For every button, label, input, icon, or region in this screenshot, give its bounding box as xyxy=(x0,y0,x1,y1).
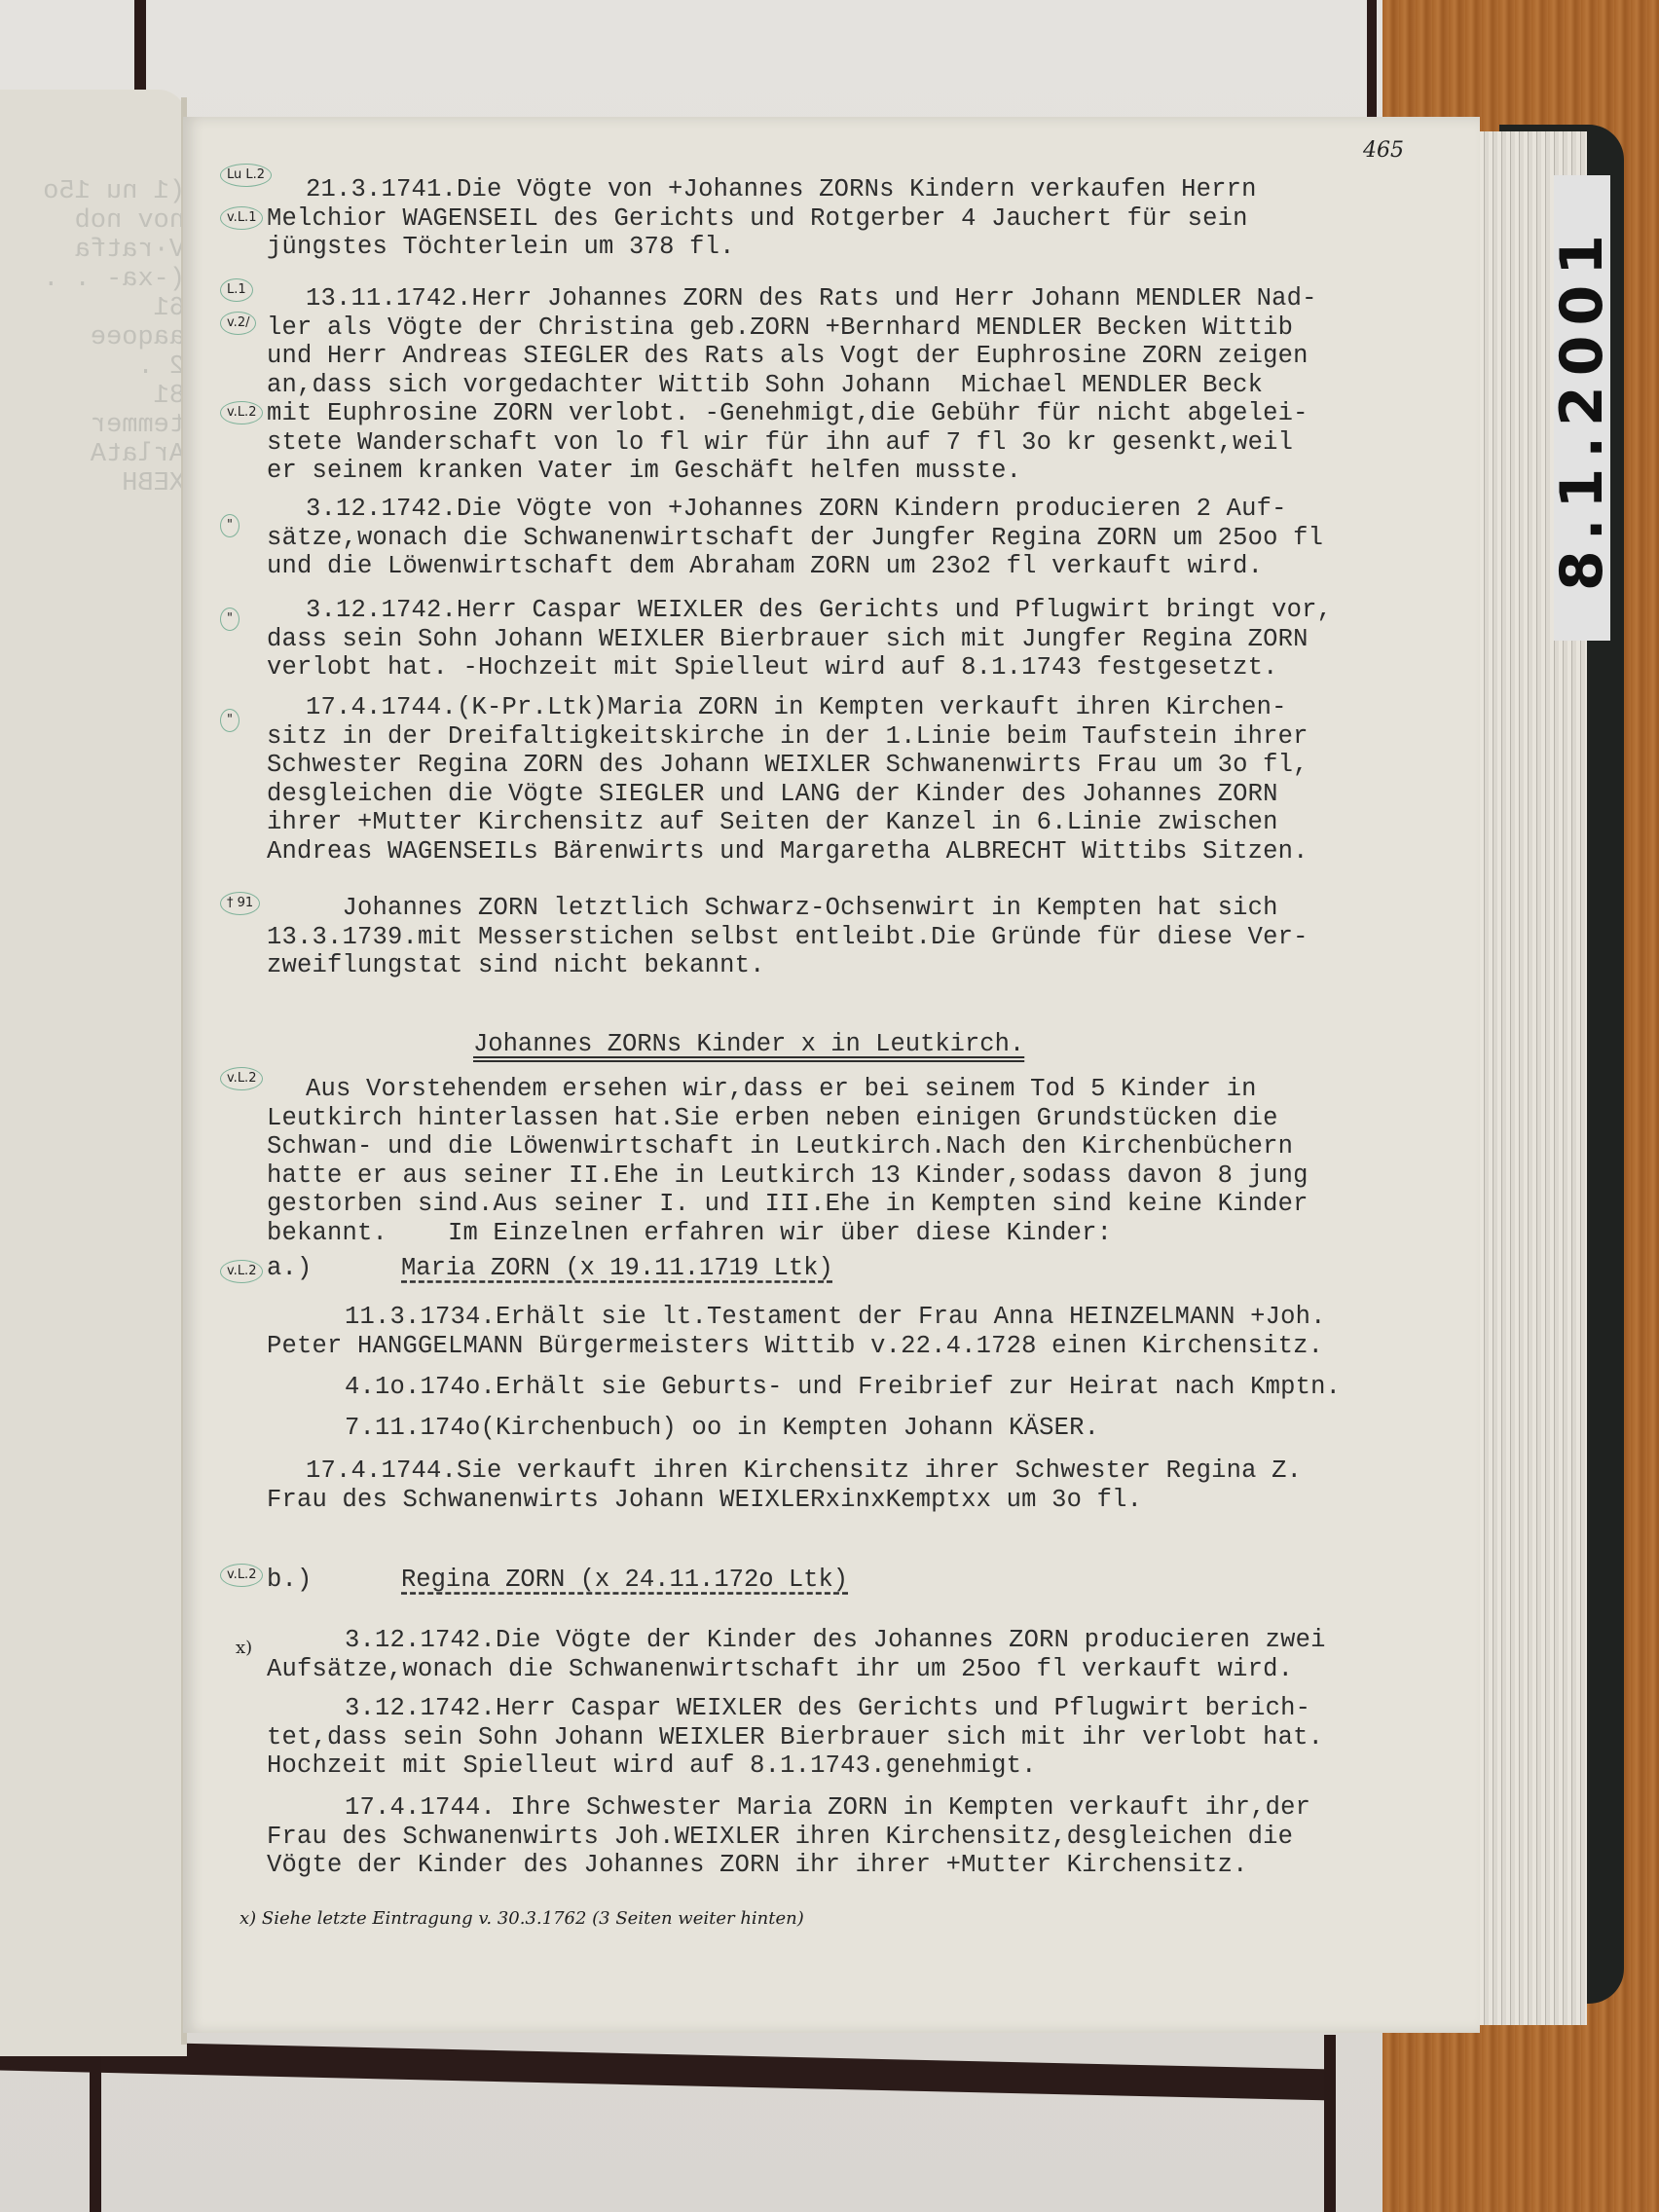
entry-paragraph: 17.4.1744.(K-Pr.Ltk)Maria ZORN in Kempte… xyxy=(267,693,1484,866)
text-line: mit Euphrosine ZORN verlobt. -Genehmigt,… xyxy=(267,399,1484,428)
text-line: Schwester Regina ZORN des Johann WEIXLER… xyxy=(267,751,1484,780)
left-page: (1 nu 15o nov nob V·ratfa (-xa- . . 61 a… xyxy=(0,90,187,2056)
child-a-entry: 4.1o.174o.Erhält sie Geburts- und Freibr… xyxy=(267,1373,1484,1402)
section-heading: Johannes ZORNs Kinder x in Leutkirch. xyxy=(473,1030,1024,1058)
text-line: sätze,wonach die Schwanenwirtschaft der … xyxy=(267,524,1484,553)
handwritten-footnote: x) Siehe letzte Eintragung v. 30.3.1762 … xyxy=(240,1908,804,1929)
child-b-entry: 3.12.1742.Herr Caspar WEIXLER des Gerich… xyxy=(267,1694,1484,1781)
text-line: er seinem kranken Vater im Geschäft helf… xyxy=(267,457,1484,486)
entry-paragraph: 3.12.1742.Die Vögte von +Johannes ZORN K… xyxy=(267,495,1484,581)
text-line: 17.4.1744. Ihre Schwester Maria ZORN in … xyxy=(267,1793,1484,1823)
text-line: 13.11.1742.Herr Johannes ZORN des Rats u… xyxy=(267,284,1484,313)
text-line: Melchior WAGENSEIL des Gerichts und Rotg… xyxy=(267,204,1484,234)
text-line: desgleichen die Vögte SIEGLER und LANG d… xyxy=(267,780,1484,809)
text-line: ihrer +Mutter Kirchensitz auf Seiten der… xyxy=(267,808,1484,837)
text-line: und Herr Andreas SIEGLER des Rats als Vo… xyxy=(267,342,1484,371)
child-b-name: Regina ZORN (x 24.11.172o Ltk) xyxy=(401,1566,848,1594)
text-line: tet,dass sein Sohn Johann WEIXLER Bierbr… xyxy=(267,1723,1484,1752)
margin-note: Lu L.2 xyxy=(220,164,272,187)
date-label-text: 8.1.2001 xyxy=(1548,225,1616,591)
text-line: Frau des Schwanenwirts Joh.WEIXLER ihren… xyxy=(267,1823,1484,1852)
child-b-entry: 17.4.1744. Ihre Schwester Maria ZORN in … xyxy=(267,1793,1484,1880)
tile-grout xyxy=(90,2045,101,2212)
text-line: Vögte der Kinder des Johannes ZORN ihr i… xyxy=(267,1851,1484,1880)
footnote-marker: x) xyxy=(236,1638,252,1658)
text-line: Aufsätze,wonach die Schwanenwirtschaft i… xyxy=(267,1655,1484,1684)
entry-paragraph: 3.12.1742.Herr Caspar WEIXLER des Gerich… xyxy=(267,596,1484,682)
text-line: sitz in der Dreifaltigkeitskirche in der… xyxy=(267,722,1484,752)
margin-note: † 91 xyxy=(220,892,260,915)
text-line: stete Wanderschaft von lo fl wir für ihn… xyxy=(267,428,1484,458)
text-line: 3.12.1742.Herr Caspar WEIXLER des Gerich… xyxy=(267,596,1484,625)
text-line: 4.1o.174o.Erhält sie Geburts- und Freibr… xyxy=(267,1373,1484,1402)
text-line: und die Löwenwirtschaft dem Abraham ZORN… xyxy=(267,552,1484,581)
text-line: 13.3.1739.mit Messerstichen selbst entle… xyxy=(267,923,1484,952)
text-line: ler als Vögte der Christina geb.ZORN +Be… xyxy=(267,313,1484,343)
text-line: Hochzeit mit Spielleut wird auf 8.1.1743… xyxy=(267,1751,1484,1781)
text-line: 7.11.174o(Kirchenbuch) oo in Kempten Joh… xyxy=(267,1414,1484,1443)
intro-paragraph: Aus Vorstehendem ersehen wir,dass er bei… xyxy=(267,1075,1484,1247)
text-line: 3.12.1742.Die Vögte von +Johannes ZORN K… xyxy=(267,495,1484,524)
entry-paragraph: 21.3.1741.Die Vögte von +Johannes ZORNs … xyxy=(267,175,1484,262)
margin-note: " xyxy=(220,709,240,732)
margin-note: " xyxy=(220,608,240,631)
text-line: 3.12.1742.Die Vögte der Kinder des Johan… xyxy=(267,1626,1484,1655)
entry-paragraph: 13.11.1742.Herr Johannes ZORN des Rats u… xyxy=(267,284,1484,486)
page-number: 465 xyxy=(1363,138,1404,163)
text-line: 11.3.1734.Erhält sie lt.Testament der Fr… xyxy=(267,1303,1484,1332)
text-line: Aus Vorstehendem ersehen wir,dass er bei… xyxy=(267,1075,1484,1104)
tile-grout xyxy=(1324,2035,1336,2212)
text-line: 17.4.1744.(K-Pr.Ltk)Maria ZORN in Kempte… xyxy=(267,693,1484,722)
child-a-entry: 17.4.1744.Sie verkauft ihren Kirchensitz… xyxy=(267,1456,1484,1514)
child-b-entry: 3.12.1742.Die Vögte der Kinder des Johan… xyxy=(267,1626,1484,1683)
text-line: Schwan- und die Löwenwirtschaft in Leutk… xyxy=(267,1132,1484,1161)
text-line: Frau des Schwanenwirts Johann WEIXLERxin… xyxy=(267,1486,1484,1515)
death-note-paragraph: Johannes ZORN letztlich Schwarz-Ochsenwi… xyxy=(267,894,1484,980)
text-line: gestorben sind.Aus seiner I. und III.Ehe… xyxy=(267,1190,1484,1219)
margin-note: " xyxy=(220,514,240,537)
text-line: 21.3.1741.Die Vögte von +Johannes ZORNs … xyxy=(267,175,1484,204)
text-line: verlobt hat. -Hochzeit mit Spielleut wir… xyxy=(267,653,1484,682)
child-a-name: Maria ZORN (x 19.11.1719 Ltk) xyxy=(401,1254,833,1282)
tile-grout xyxy=(1367,0,1377,127)
text-line: dass sein Sohn Johann WEIXLER Bierbrauer… xyxy=(267,625,1484,654)
bleed-through-text: (1 nu 15o nov nob V·ratfa (-xa- . . 61 a… xyxy=(0,177,185,498)
text-line: bekannt. Im Einzelnen erfahren wir über … xyxy=(267,1219,1484,1248)
text-line: Andreas WAGENSEILs Bärenwirts und Margar… xyxy=(267,837,1484,866)
text-line: Johannes ZORN letztlich Schwarz-Ochsenwi… xyxy=(267,894,1484,923)
text-line: jüngstes Töchterlein um 378 fl. xyxy=(267,233,1484,262)
text-line: 17.4.1744.Sie verkauft ihren Kirchensitz… xyxy=(267,1456,1484,1486)
date-sticker: 8.1.2001 xyxy=(1554,175,1610,641)
text-line: Leutkirch hinterlassen hat.Sie erben neb… xyxy=(267,1104,1484,1133)
child-a-entry: 7.11.174o(Kirchenbuch) oo in Kempten Joh… xyxy=(267,1414,1484,1443)
text-line: an,dass sich vorgedachter Wittib Sohn Jo… xyxy=(267,371,1484,400)
text-line: zweiflungstat sind nicht bekannt. xyxy=(267,951,1484,980)
child-a-entry: 11.3.1734.Erhält sie lt.Testament der Fr… xyxy=(267,1303,1484,1360)
text-line: 3.12.1742.Herr Caspar WEIXLER des Gerich… xyxy=(267,1694,1484,1723)
margin-note: L.1 xyxy=(220,278,253,302)
text-line: hatte er aus seiner II.Ehe in Leutkirch … xyxy=(267,1161,1484,1191)
text-line: Peter HANGGELMANN Bürgermeisters Wittib … xyxy=(267,1332,1484,1361)
